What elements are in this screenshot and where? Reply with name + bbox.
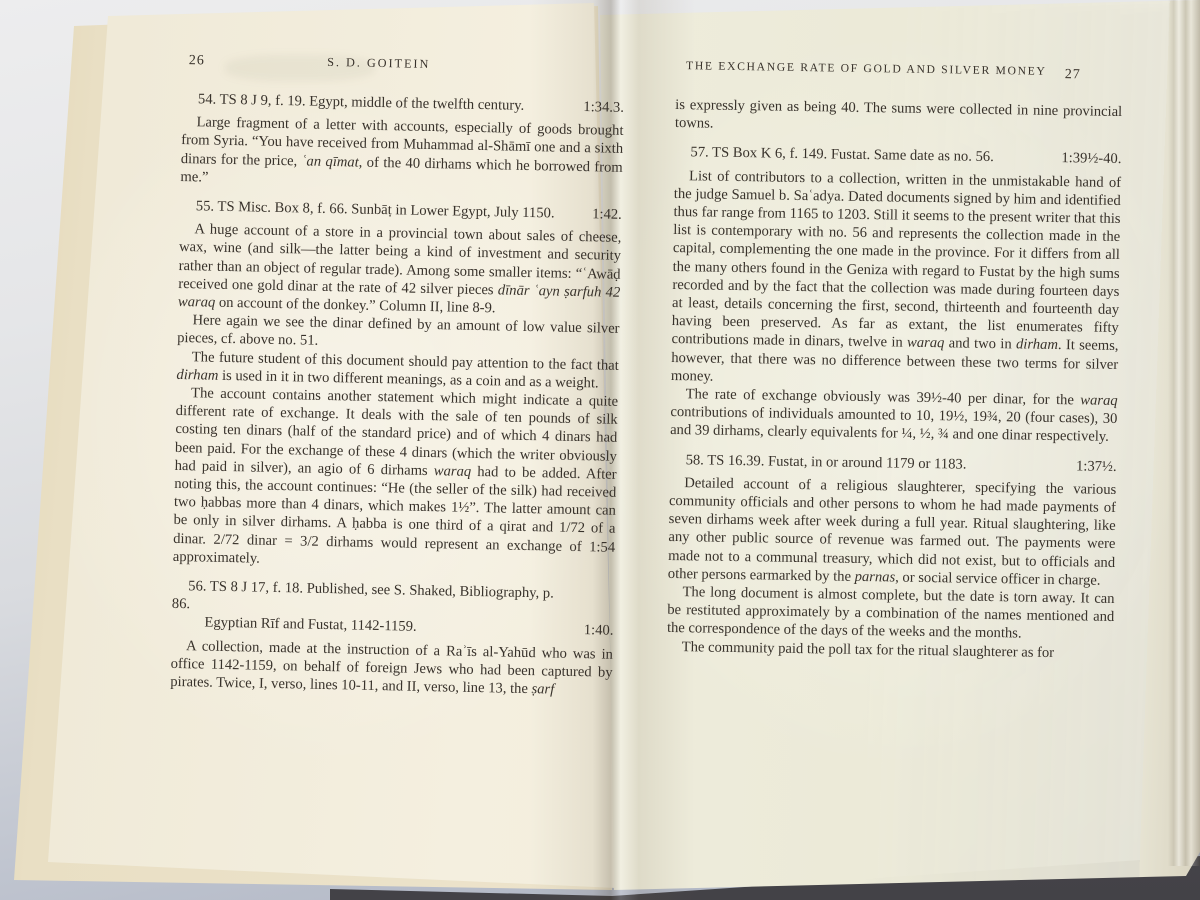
right-running-head: THE EXCHANGE RATE OF GOLD AND SILVER MON… (686, 59, 1113, 79)
right-page-fore-edge (1168, 0, 1200, 866)
right-page-number: 27 (1065, 66, 1081, 84)
entry-55-title: 55. TS Misc. Box 8, f. 66. Sunbāṭ in Low… (180, 197, 622, 224)
entry-56-paragraph: A collection, made at the instruction of… (170, 637, 613, 700)
entry-54-paragraph: Large fragment of a letter with accounts… (180, 113, 623, 195)
entry-55-paragraph-4: The account contains another statement w… (173, 384, 619, 575)
entry-58-paragraph-2: The long document is almost complete, bu… (667, 583, 1115, 645)
entry-54-title: 54. TS 8 J 9, f. 19. Egypt, middle of th… (182, 90, 624, 117)
entry-57-ratio: 1:39½-40. (1061, 149, 1121, 168)
entry-57-paragraph-2: The rate of exchange obviously was 39½-4… (670, 385, 1118, 447)
entry-55-heading: 55. TS Misc. Box 8, f. 66. Sunbāṭ in Low… (180, 197, 622, 224)
entry-58-title: 58. TS 16.39. Fustat, in or around 1179 … (670, 451, 1117, 476)
entry-55-paragraph-1: A huge account of a store in a provincia… (178, 220, 622, 320)
entry-54-ratio: 1:34.3. (583, 98, 624, 117)
entry-55-ratio: 1:42. (592, 205, 622, 224)
entry-57-paragraph-1: List of contributors to a collection, wr… (671, 167, 1121, 392)
continued-paragraph: is expressly given as being 40. The sums… (675, 96, 1123, 139)
entry-57-title: 57. TS Box K 6, f. 149. Fustat. Same dat… (674, 143, 1121, 168)
entry-58-paragraph-1: Detailed account of a religious slaughte… (668, 474, 1117, 590)
entry-56-heading: 56. TS 8 J 17, f. 18. Published, see S. … (171, 577, 614, 640)
entry-57-heading: 57. TS Box K 6, f. 149. Fustat. Same dat… (674, 143, 1121, 168)
right-page-text: THE EXCHANGE RATE OF GOLD AND SILVER MON… (667, 56, 1123, 663)
entry-56-ratio: 1:40. (584, 622, 614, 641)
entry-58-heading: 58. TS 16.39. Fustat, in or around 1179 … (670, 451, 1117, 476)
entry-54-heading: 54. TS 8 J 9, f. 19. Egypt, middle of th… (182, 90, 624, 117)
entry-58-ratio: 1:37½. (1076, 457, 1117, 476)
left-page-number: 26 (189, 52, 205, 71)
left-page-text: 26 S. D. GOITEIN 54. TS 8 J 9, f. 19. Eg… (170, 50, 625, 700)
open-book-photo: 26 S. D. GOITEIN 54. TS 8 J 9, f. 19. Eg… (0, 0, 1200, 900)
left-running-head: S. D. GOITEIN (327, 55, 480, 72)
